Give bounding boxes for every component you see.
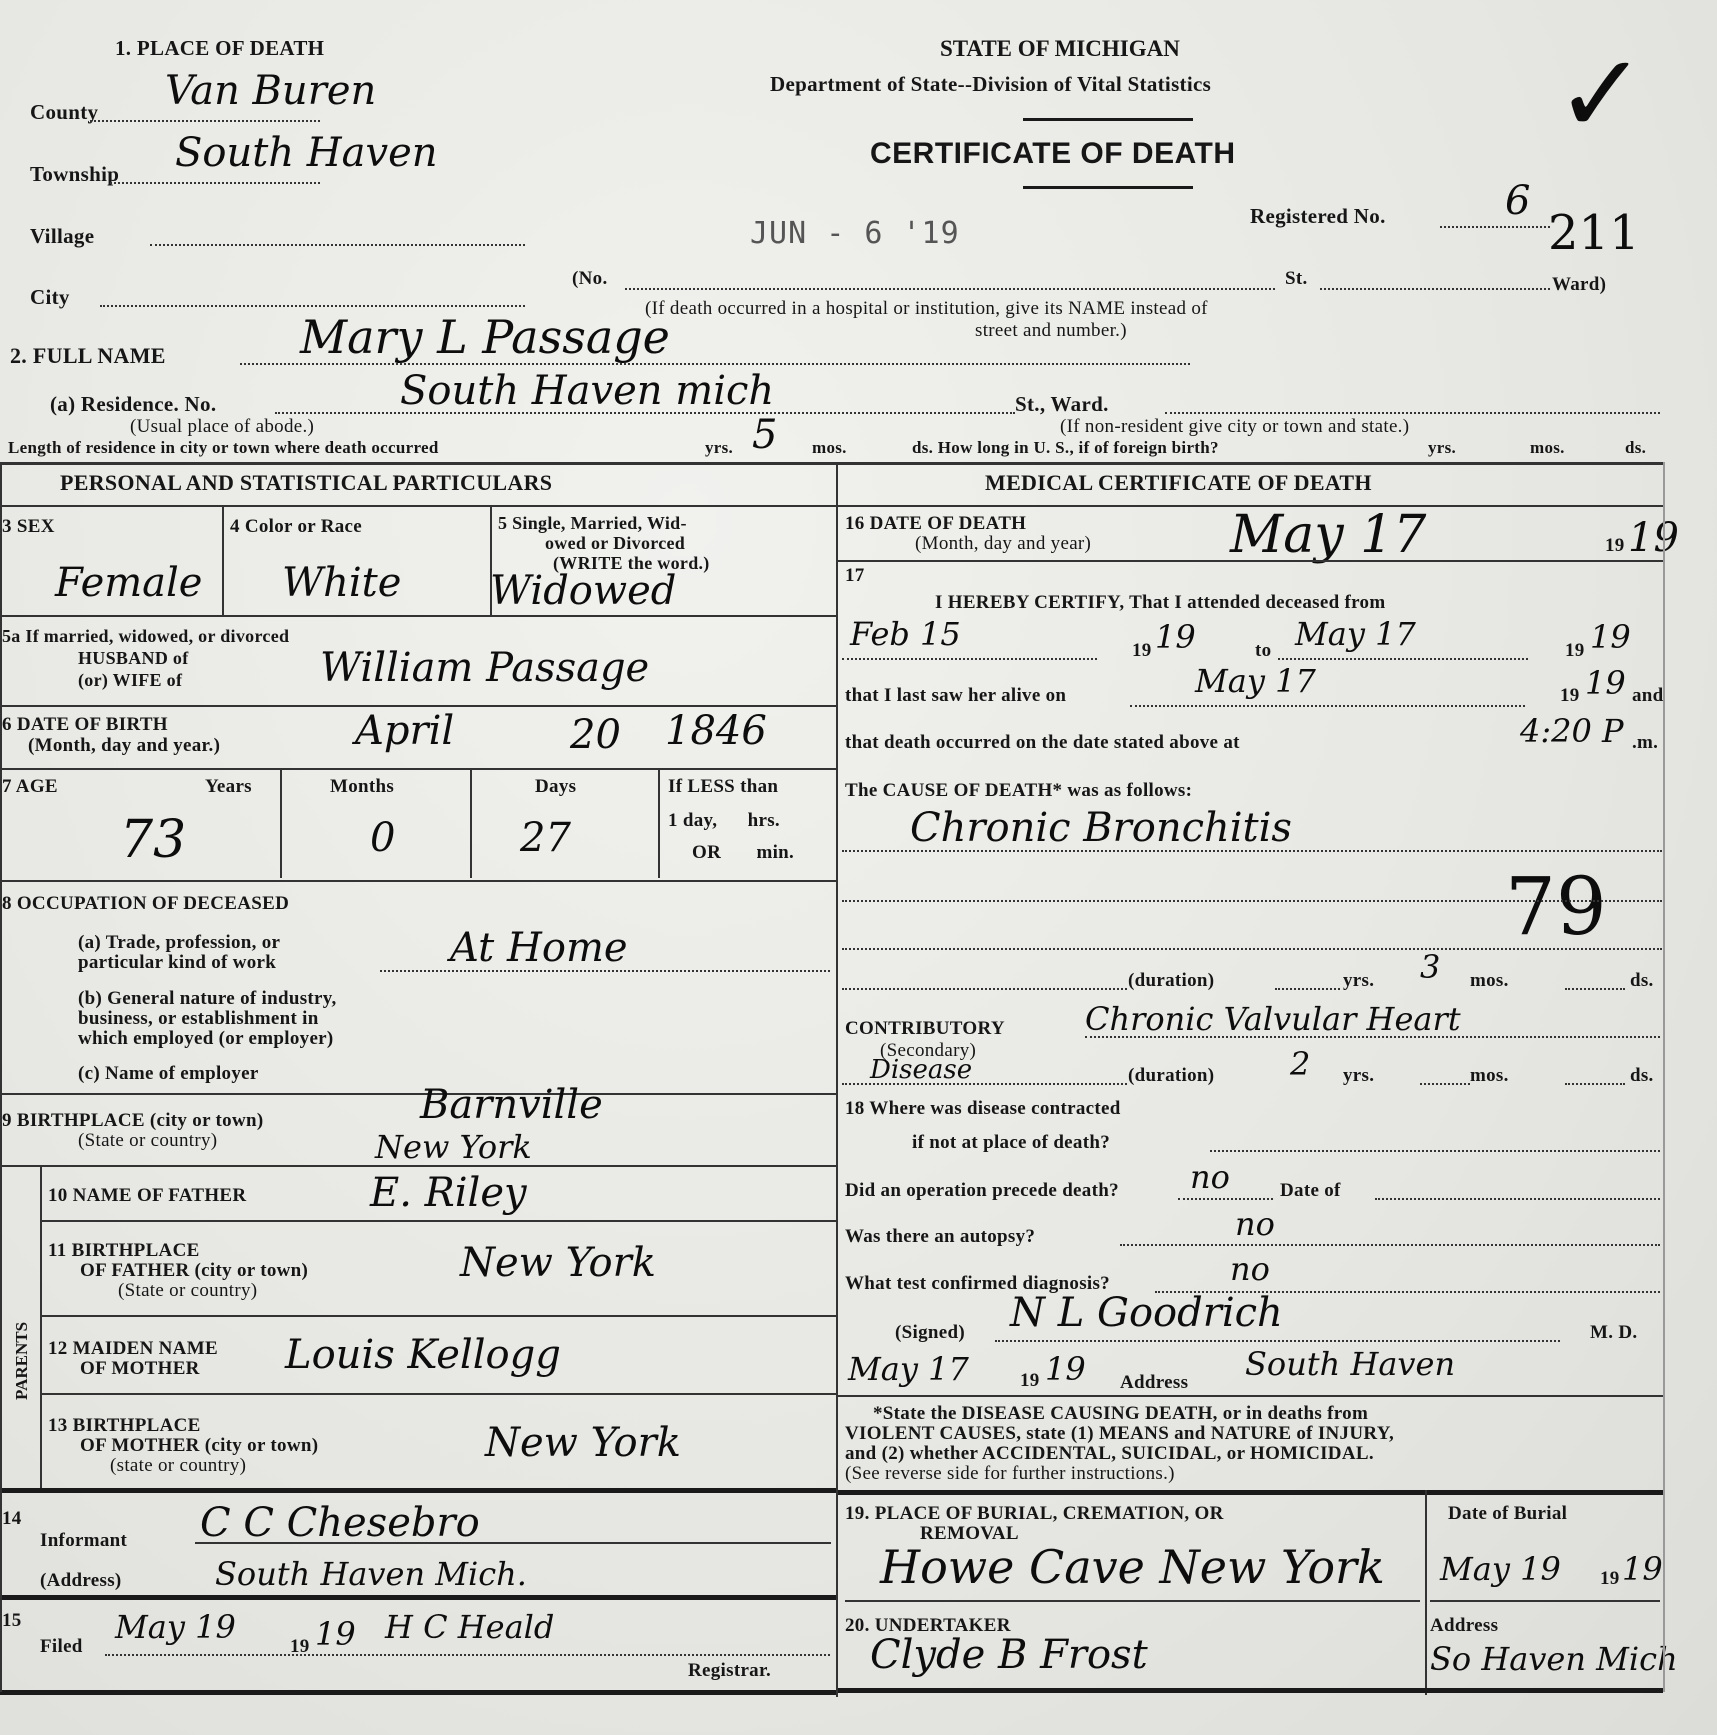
- years-label: Years: [205, 776, 252, 798]
- registered-no-label: Registered No.: [1250, 204, 1386, 229]
- sex-value: Female: [55, 560, 202, 606]
- last-saw-year: 19: [1585, 664, 1626, 702]
- duration-ds-label: ds.: [1630, 970, 1654, 992]
- age-months-value: 0: [370, 815, 395, 861]
- father-value: E. Riley: [370, 1170, 527, 1216]
- personal-section-title: PERSONAL AND STATISTICAL PARTICULARS: [60, 470, 552, 496]
- burial-date-value: May 19: [1440, 1550, 1561, 1588]
- attended-from-year: 19: [1155, 618, 1196, 656]
- footnote-line-4: (See reverse side for further instructio…: [845, 1463, 1175, 1485]
- foreign-birth-label: ds. How long in U. S., if of foreign bir…: [912, 438, 1219, 458]
- certify-text: I HEREBY CERTIFY, That I attended deceas…: [935, 592, 1385, 614]
- occ-c-label: (c) Name of employer: [78, 1063, 259, 1085]
- margin-mark: 79: [1505, 860, 1607, 953]
- residence-label: (a) Residence. No.: [50, 392, 216, 417]
- cause-of-death-label: The CAUSE OF DEATH* was as follows:: [845, 780, 1192, 802]
- footnote-line-2: VIOLENT CAUSES, state (1) MEANS and NATU…: [845, 1423, 1394, 1445]
- birthplace-label-1: 9 BIRTHPLACE (city or town): [2, 1110, 263, 1132]
- occupation-value: At Home: [450, 925, 628, 971]
- informant-number: 14: [2, 1508, 22, 1530]
- last-saw-year-prefix: 19: [1560, 685, 1580, 707]
- yrs2-label: yrs.: [1428, 438, 1456, 458]
- spouse-label-3: (or) WIFE of: [78, 670, 182, 691]
- occ-b-label-2: business, or establishment in: [78, 1008, 319, 1030]
- race-value: White: [282, 560, 401, 606]
- residence-value: South Haven mich: [400, 368, 774, 414]
- dob-label-1: 6 DATE OF BIRTH: [2, 714, 168, 736]
- dob-label-2: (Month, day and year.): [28, 735, 220, 757]
- duration-months-value: 3: [1420, 948, 1440, 986]
- undertaker-address-value: So Haven Mich: [1430, 1640, 1678, 1678]
- duration-yrs-label: yrs.: [1343, 970, 1374, 992]
- mother-bp-label-1: 13 BIRTHPLACE: [48, 1415, 201, 1437]
- burial-year-value: 19: [1622, 1550, 1663, 1588]
- cause-of-death-value: Chronic Bronchitis: [910, 805, 1292, 851]
- registrar-label: Registrar.: [688, 1660, 771, 1682]
- father-label: 10 NAME OF FATHER: [48, 1185, 246, 1207]
- filed-label: Filed: [40, 1636, 83, 1658]
- mother-label-1: 12 MAIDEN NAME: [48, 1338, 218, 1360]
- usual-abode-note: (Usual place of abode.): [130, 416, 314, 438]
- dod-label-2: (Month, day and year): [915, 533, 1091, 555]
- registrar-signature: H C Heald: [385, 1608, 554, 1646]
- q18-label-1: 18 Where was disease contracted: [845, 1098, 1121, 1120]
- contrib-mos-label: mos.: [1470, 1065, 1509, 1087]
- last-saw-value: May 17: [1195, 662, 1316, 700]
- ward-label: Ward): [1552, 274, 1606, 296]
- q18-label-2: if not at place of death?: [912, 1132, 1110, 1154]
- township-label: Township: [30, 162, 119, 187]
- marital-label-1: 5 Single, Married, Wid-: [498, 513, 687, 534]
- hospital-note-2: street and number.): [975, 320, 1127, 342]
- hrs-label: 1 day, hrs.: [668, 810, 780, 832]
- age-label: 7 AGE: [2, 776, 58, 798]
- death-occurred-label: that death occurred on the date stated a…: [845, 732, 1240, 754]
- mos2-label: mos.: [1530, 438, 1565, 458]
- burial-date-label: Date of Burial: [1448, 1503, 1567, 1525]
- informant-label: Informant: [40, 1530, 127, 1552]
- age-years-value: 73: [120, 810, 186, 870]
- dob-day: 20: [570, 712, 621, 758]
- birthplace-state-value: New York: [375, 1128, 532, 1166]
- test-value: no: [1230, 1250, 1270, 1288]
- length-residence-label: Length of residence in city or town wher…: [8, 438, 439, 458]
- contrib-duration-years: 2: [1290, 1045, 1310, 1083]
- duration-mos-label: mos.: [1470, 970, 1509, 992]
- township-value: South Haven: [175, 130, 438, 176]
- date-of-death-value: May 17: [1230, 505, 1426, 565]
- birthplace-label-2: (State or country): [78, 1130, 217, 1152]
- parents-label: PARENTS: [12, 1322, 32, 1400]
- days-label: Days: [535, 776, 576, 798]
- full-name-label: 2. FULL NAME: [10, 343, 166, 369]
- mother-bp-label-3: (state or country): [110, 1455, 246, 1477]
- village-label: Village: [30, 224, 94, 249]
- dod-year-prefix: 19: [1605, 535, 1625, 557]
- contributory-value-2: Disease: [870, 1055, 972, 1085]
- physician-address-value: South Haven: [1245, 1345, 1455, 1383]
- dod-label-1: 16 DATE OF DEATH: [845, 513, 1026, 535]
- attended-to-value: May 17: [1295, 615, 1416, 653]
- father-bp-label-2: OF FATHER (city or town): [80, 1260, 308, 1282]
- time-suffix: .m.: [1632, 732, 1658, 754]
- dob-month: April: [355, 708, 454, 754]
- signed-year-prefix: 19: [1020, 1370, 1040, 1392]
- occ-b-label-1: (b) General nature of industry,: [78, 988, 337, 1010]
- father-bp-label-3: (State or country): [118, 1280, 257, 1302]
- received-stamp: JUN - 6 '19: [750, 216, 960, 251]
- city-label: City: [30, 285, 70, 310]
- dod-year-value: 19: [1628, 515, 1679, 561]
- registered-no-prefix: 6: [1505, 178, 1530, 224]
- yrs-label: yrs.: [705, 438, 733, 458]
- father-birthplace-value: New York: [460, 1240, 656, 1286]
- signed-year-value: 19: [1045, 1350, 1086, 1388]
- md-label: M. D.: [1590, 1322, 1637, 1344]
- informant-address-label: (Address): [40, 1570, 122, 1592]
- filed-year-prefix: 19: [290, 1636, 310, 1658]
- operation-value: no: [1190, 1158, 1230, 1196]
- no-label: (No.: [572, 268, 608, 290]
- to-label: to: [1255, 640, 1271, 662]
- burial-place-value: Howe Cave New York: [880, 1540, 1385, 1594]
- autopsy-label: Was there an autopsy?: [845, 1226, 1035, 1248]
- duration-label: (duration): [1128, 970, 1214, 992]
- footnote-line-1: *State the DISEASE CAUSING DEATH, or in …: [873, 1403, 1368, 1425]
- attended-to-year: 19: [1590, 618, 1631, 656]
- informant-value: C C Chesebro: [200, 1500, 480, 1546]
- mother-bp-label-2: OF MOTHER (city or town): [80, 1435, 318, 1457]
- checkmark-icon: ✓: [1555, 30, 1647, 158]
- mos-label: mos.: [812, 438, 847, 458]
- medical-section-title: MEDICAL CERTIFICATE OF DEATH: [985, 470, 1372, 496]
- contributory-value: Chronic Valvular Heart: [1085, 1000, 1461, 1038]
- father-bp-label-1: 11 BIRTHPLACE: [48, 1240, 200, 1262]
- mother-label-2: OF MOTHER: [80, 1358, 200, 1380]
- to-year-prefix: 19: [1565, 640, 1585, 662]
- from-year-prefix: 19: [1132, 640, 1152, 662]
- autopsy-value: no: [1235, 1205, 1275, 1243]
- spouse-label-2: HUSBAND of: [78, 648, 189, 669]
- county-value: Van Buren: [165, 68, 376, 114]
- burial-label-1: 19. PLACE OF BURIAL, CREMATION, OR: [845, 1503, 1224, 1525]
- last-saw-label: that I last saw her alive on: [845, 685, 1066, 707]
- age-days-value: 27: [520, 815, 571, 861]
- months-label: Months: [330, 776, 394, 798]
- dob-year: 1846: [665, 708, 767, 754]
- and-label: and: [1632, 685, 1664, 707]
- race-label: 4 Color or Race: [230, 516, 362, 538]
- certificate-title: CERTIFICATE OF DEATH: [870, 137, 1236, 171]
- mother-maiden-name-value: Louis Kellogg: [285, 1332, 561, 1378]
- filed-year-value: 19: [315, 1615, 356, 1653]
- operation-label: Did an operation precede death?: [845, 1180, 1119, 1202]
- contributory-label: CONTRIBUTORY: [845, 1018, 1005, 1040]
- contrib-duration-label: (duration): [1128, 1065, 1214, 1087]
- death-certificate: 1. PLACE OF DEATH County Van Buren Towns…: [0, 0, 1717, 1735]
- item-17-label: 17: [845, 565, 865, 587]
- filed-date-value: May 19: [115, 1608, 236, 1646]
- non-resident-note: (If non-resident give city or town and s…: [1060, 416, 1409, 438]
- contrib-ds-label: ds.: [1630, 1065, 1654, 1087]
- undertaker-value: Clyde B Frost: [870, 1632, 1148, 1678]
- contrib-yrs-label: yrs.: [1343, 1065, 1374, 1087]
- birthplace-city-value: Barnville: [420, 1082, 603, 1128]
- state-heading: STATE OF MICHIGAN: [940, 36, 1180, 62]
- occ-a-label-1: (a) Trade, profession, or: [78, 932, 280, 954]
- st-ward-label: St., Ward.: [1015, 392, 1109, 417]
- marital-label-2: owed or Divorced: [545, 533, 685, 554]
- spouse-label-1: 5a If married, widowed, or divorced: [2, 626, 289, 647]
- marital-value: Widowed: [490, 568, 676, 614]
- hospital-note: (If death occurred in a hospital or inst…: [645, 298, 1208, 320]
- residence-years-value: 5: [752, 412, 777, 458]
- undertaker-address-label: Address: [1430, 1615, 1498, 1637]
- registered-no-value: 211: [1548, 205, 1640, 261]
- st-label: St.: [1285, 268, 1308, 290]
- informant-address-value: South Haven Mich.: [215, 1555, 527, 1593]
- mother-birthplace-value: New York: [485, 1420, 681, 1466]
- place-of-death-heading: 1. PLACE OF DEATH: [115, 36, 324, 61]
- signed-date-value: May 17: [848, 1350, 969, 1388]
- occ-a-label-2: particular kind of work: [78, 952, 276, 974]
- spouse-value: William Passage: [320, 645, 649, 691]
- attended-from-value: Feb 15: [850, 615, 961, 653]
- department-heading: Department of State--Division of Vital S…: [770, 72, 1211, 97]
- filed-number: 15: [2, 1610, 22, 1632]
- occupation-label: 8 OCCUPATION OF DECEASED: [2, 893, 289, 915]
- footnote-line-3: and (2) whether ACCIDENTAL, SUICIDAL, or…: [845, 1443, 1374, 1465]
- county-label: County: [30, 100, 98, 125]
- time-of-death-value: 4:20 P: [1520, 712, 1624, 750]
- min-label: OR min.: [692, 842, 794, 864]
- date-of-label: Date of: [1280, 1180, 1341, 1202]
- less-than-label: If LESS than: [668, 776, 778, 798]
- signed-label: (Signed): [895, 1322, 965, 1344]
- occ-b-label-3: which employed (or employer): [78, 1028, 334, 1050]
- burial-year-prefix: 19: [1600, 1568, 1620, 1590]
- physician-signature: N L Goodrich: [1010, 1290, 1283, 1336]
- full-name-value: Mary L Passage: [300, 310, 670, 364]
- physician-address-label: Address: [1120, 1372, 1188, 1394]
- sex-label: 3 SEX: [2, 516, 55, 538]
- ds2-label: ds.: [1625, 438, 1646, 458]
